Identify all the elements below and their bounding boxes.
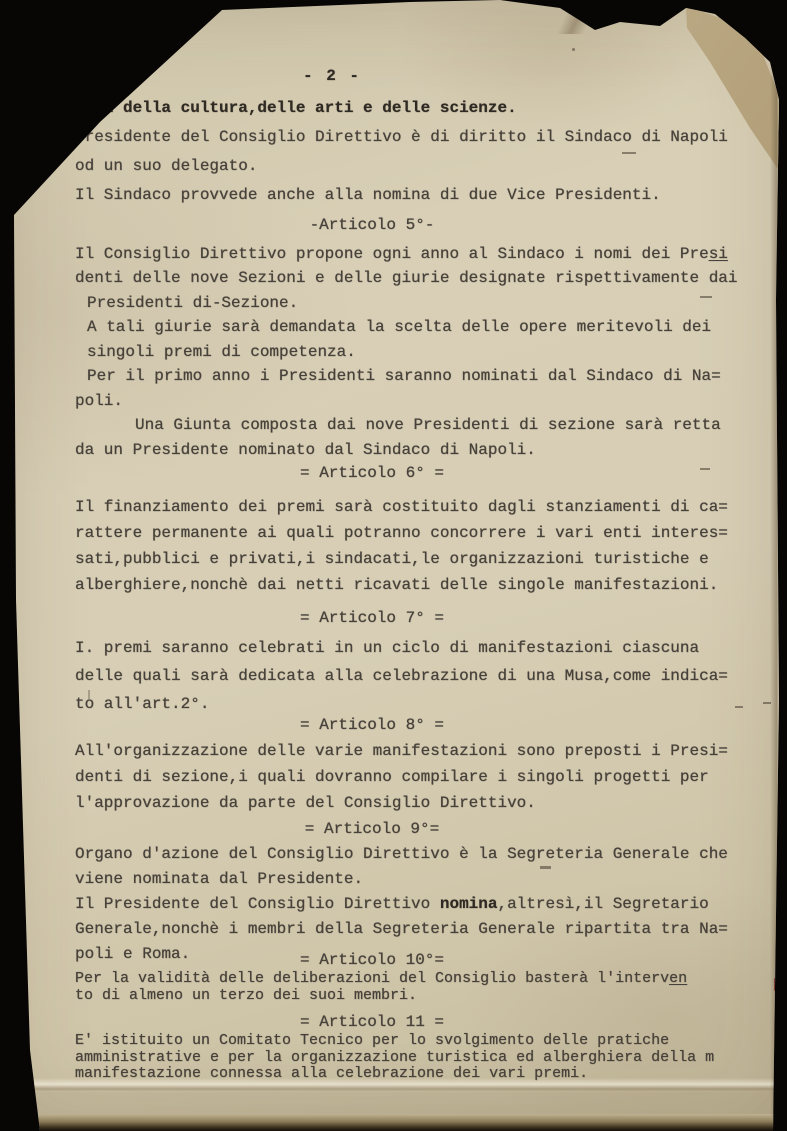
text-line: to di almeno un terzo dei suoi membri. <box>75 988 755 1005</box>
article-heading: = Articolo 6° = <box>32 460 712 486</box>
text-line: singoli premi di competenza. <box>75 340 755 365</box>
text-line: amministrative e per la organizzazione t… <box>75 1050 755 1067</box>
text-line: manifestazione connessa alla celebrazion… <box>75 1066 755 1083</box>
article-heading: -Articolo 5°- <box>32 213 712 238</box>
text-line: Il Sindaco provvede anche alla nomina di… <box>75 181 755 210</box>
text-line: rattere permanente ai quali potranno con… <box>75 520 755 546</box>
sheet-right-edge <box>770 60 781 1117</box>
document-header: - 2 - tori della cultura,delle arti e de… <box>75 62 755 210</box>
text-line: da un Presidente nominato dal Sindaco di… <box>75 438 755 463</box>
typed-text: - 2 - tori della cultura,delle arti e de… <box>75 0 755 1131</box>
text-line: E' istituito un Comitato Tecnico per lo … <box>75 1033 755 1050</box>
ink-speck <box>763 702 771 704</box>
section-articolo-11: = Articolo 11 = E' istituito un Comitato… <box>75 1012 755 1083</box>
text-line: Presidenti di-Sezione. <box>75 291 755 316</box>
text-line: Il Consiglio Direttivo propone ogni anno… <box>75 242 755 267</box>
text-line: All'organizzazione delle varie manifesta… <box>75 738 755 764</box>
section-articolo-5: -Articolo 5°- Il Consiglio Direttivo pro… <box>75 213 755 462</box>
text-line: viene nominata dal Presidente. <box>75 867 755 892</box>
text-line: A tali giurie sarà demandata la scelta d… <box>75 315 755 340</box>
section-articolo-8: = Articolo 8° = All'organizzazione delle… <box>75 712 755 816</box>
page-number: - 2 - <box>75 62 755 91</box>
article-heading: = Articolo 8° = <box>32 712 712 738</box>
text-line: alberghiere,nonchè dai netti ricavati de… <box>75 572 755 598</box>
text-line: tori della cultura,delle arti e delle sc… <box>75 94 755 123</box>
section-articolo-7: = Articolo 7° = I. premi saranno celebra… <box>75 604 755 718</box>
text-line: Organo d'azione del Consiglio Direttivo … <box>75 842 755 867</box>
text-line: denti di sezione,i quali dovranno compil… <box>75 764 755 790</box>
text-line: Il finanziamento dei premi sarà costitui… <box>75 494 755 520</box>
text-line: denti delle nove Sezioni e delle giurie … <box>75 266 755 291</box>
paper-sheet: - 2 - tori della cultura,delle arti e de… <box>0 0 787 1131</box>
article-heading: = Articolo 11 = <box>32 1012 712 1032</box>
text-line: Per il primo anno i Presidenti saranno n… <box>75 364 755 389</box>
text-line: poli. <box>75 389 755 414</box>
text-line: I. premi saranno celebrati in un ciclo d… <box>75 634 755 662</box>
text-line: Generale,nonchè i membri della Segreteri… <box>75 917 755 942</box>
article-heading: = Articolo 9°= <box>32 817 712 842</box>
section-articolo-10: = Articolo 10°= Per la validità delle de… <box>75 950 755 1004</box>
text-line: Il Presidente del Consiglio Direttivo no… <box>75 892 755 917</box>
text-line: Una Giunta composta dai nove Presidenti … <box>75 413 755 438</box>
section-articolo-6: = Articolo 6° = Il finanziamento dei pre… <box>75 460 755 598</box>
article-heading: = Articolo 10°= <box>32 950 712 970</box>
red-mark <box>774 978 780 991</box>
text-line: od un suo delegato. <box>75 152 755 181</box>
text-line: delle quali sarà dedicata alla celebrazi… <box>75 662 755 690</box>
text-line: Presidente del Consiglio Direttivo è di … <box>75 123 755 152</box>
text-line: sati,pubblici e privati,i sindacati,le o… <box>75 546 755 572</box>
article-heading: = Articolo 7° = <box>32 604 712 632</box>
text-line: Per la validità delle deliberazioni del … <box>75 971 755 988</box>
section-articolo-9: = Articolo 9°= Organo d'azione del Consi… <box>75 817 755 967</box>
text-line: l'approvazione da parte del Consiglio Di… <box>75 790 755 816</box>
